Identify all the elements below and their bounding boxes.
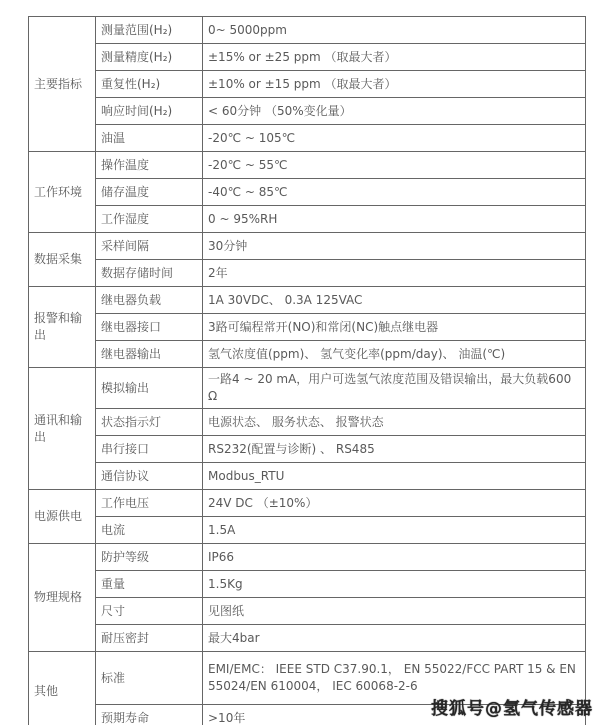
category-cell-other: 其他 (29, 652, 96, 725)
value-cell: 见图纸 (203, 598, 586, 625)
table-row: 电流 1.5A (29, 517, 586, 544)
category-cell-operating-environment: 工作环境 (29, 152, 96, 233)
table-row: 继电器接口 3路可编程常开(NO)和常闭(NC)触点继电器 (29, 314, 586, 341)
table-row: 数据采集 采样间隔 30分钟 (29, 233, 586, 260)
value-cell: 0~ 5000ppm (203, 17, 586, 44)
table-row: 电源供电 工作电压 24V DC （±10%） (29, 490, 586, 517)
value-cell: 1.5Kg (203, 571, 586, 598)
table-row: 尺寸 见图纸 (29, 598, 586, 625)
value-cell: 3路可编程常开(NO)和常闭(NC)触点继电器 (203, 314, 586, 341)
param-cell: 采样间隔 (96, 233, 203, 260)
table-row: 串行接口 RS232(配置与诊断) 、 RS485 (29, 436, 586, 463)
param-cell: 储存温度 (96, 179, 203, 206)
param-cell: 状态指示灯 (96, 409, 203, 436)
category-cell-main-specs: 主要指标 (29, 17, 96, 152)
param-cell: 数据存储时间 (96, 260, 203, 287)
param-cell: 继电器输出 (96, 341, 203, 368)
param-cell: 油温 (96, 125, 203, 152)
param-cell: 尺寸 (96, 598, 203, 625)
table-row: 重量 1.5Kg (29, 571, 586, 598)
param-cell: 串行接口 (96, 436, 203, 463)
table-row: 通信协议 Modbus_RTU (29, 463, 586, 490)
table-row: 耐压密封 最大4bar (29, 625, 586, 652)
value-cell: 最大4bar (203, 625, 586, 652)
param-cell: 防护等级 (96, 544, 203, 571)
value-cell: 1.5A (203, 517, 586, 544)
category-cell-data-acquisition: 数据采集 (29, 233, 96, 287)
value-cell: IP66 (203, 544, 586, 571)
table-row: 油温 -20℃ ~ 105℃ (29, 125, 586, 152)
table-row: 主要指标 测量范围(H₂) 0~ 5000ppm (29, 17, 586, 44)
category-cell-alarm-output: 报警和输出 (29, 287, 96, 368)
table-row: 状态指示灯 电源状态、 服务状态、 报警状态 (29, 409, 586, 436)
value-cell: 30分钟 (203, 233, 586, 260)
value-cell: ±15% or ±25 ppm （取最大者） (203, 44, 586, 71)
param-cell: 重复性(H₂) (96, 71, 203, 98)
value-cell: 0 ~ 95%RH (203, 206, 586, 233)
table-row: 测量精度(H₂) ±15% or ±25 ppm （取最大者） (29, 44, 586, 71)
param-cell: 工作湿度 (96, 206, 203, 233)
value-cell: 24V DC （±10%） (203, 490, 586, 517)
table-row: 工作环境 操作温度 -20℃ ~ 55℃ (29, 152, 586, 179)
table-row: 报警和输出 继电器负载 1A 30VDC、 0.3A 125VAC (29, 287, 586, 314)
param-cell: 继电器接口 (96, 314, 203, 341)
value-cell: < 60分钟 （50%变化量） (203, 98, 586, 125)
watermark-sohu: 搜狐号@氢气传感器 (431, 694, 593, 719)
table-row: 响应时间(H₂) < 60分钟 （50%变化量） (29, 98, 586, 125)
param-cell: 预期寿命 (96, 705, 203, 725)
value-cell: RS232(配置与诊断) 、 RS485 (203, 436, 586, 463)
table-row: 数据存储时间 2年 (29, 260, 586, 287)
category-cell-power-supply: 电源供电 (29, 490, 96, 544)
table-row: 继电器输出 氢气浓度值(ppm)、 氢气变化率(ppm/day)、 油温(℃) (29, 341, 586, 368)
value-cell: 一路4 ~ 20 mA，用户可选氢气浓度范围及错误输出，最大负载600Ω (203, 368, 586, 409)
value-cell: 氢气浓度值(ppm)、 氢气变化率(ppm/day)、 油温(℃) (203, 341, 586, 368)
param-cell: 测量精度(H₂) (96, 44, 203, 71)
table-row: 重复性(H₂) ±10% or ±15 ppm （取最大者） (29, 71, 586, 98)
value-cell: -20℃ ~ 105℃ (203, 125, 586, 152)
value-cell: -40℃ ~ 85℃ (203, 179, 586, 206)
param-cell: 操作温度 (96, 152, 203, 179)
table-row: 物理规格 防护等级 IP66 (29, 544, 586, 571)
param-cell: 耐压密封 (96, 625, 203, 652)
value-cell: Modbus_RTU (203, 463, 586, 490)
param-cell: 响应时间(H₂) (96, 98, 203, 125)
param-cell: 重量 (96, 571, 203, 598)
param-cell: 电流 (96, 517, 203, 544)
value-cell: ±10% or ±15 ppm （取最大者） (203, 71, 586, 98)
param-cell: 测量范围(H₂) (96, 17, 203, 44)
param-cell: 标准 (96, 652, 203, 705)
table-row: 工作湿度 0 ~ 95%RH (29, 206, 586, 233)
category-cell-communication-output: 通讯和输出 (29, 368, 96, 490)
spec-table: 主要指标 测量范围(H₂) 0~ 5000ppm 测量精度(H₂) ±15% o… (28, 16, 586, 725)
param-cell: 通信协议 (96, 463, 203, 490)
table-row: 通讯和输出 模拟输出 一路4 ~ 20 mA，用户可选氢气浓度范围及错误输出，最… (29, 368, 586, 409)
value-cell: 1A 30VDC、 0.3A 125VAC (203, 287, 586, 314)
param-cell: 模拟输出 (96, 368, 203, 409)
value-cell: 2年 (203, 260, 586, 287)
value-cell: 电源状态、 服务状态、 报警状态 (203, 409, 586, 436)
param-cell: 工作电压 (96, 490, 203, 517)
param-cell: 继电器负载 (96, 287, 203, 314)
table-row: 储存温度 -40℃ ~ 85℃ (29, 179, 586, 206)
category-cell-physical-specs: 物理规格 (29, 544, 96, 652)
value-cell: -20℃ ~ 55℃ (203, 152, 586, 179)
